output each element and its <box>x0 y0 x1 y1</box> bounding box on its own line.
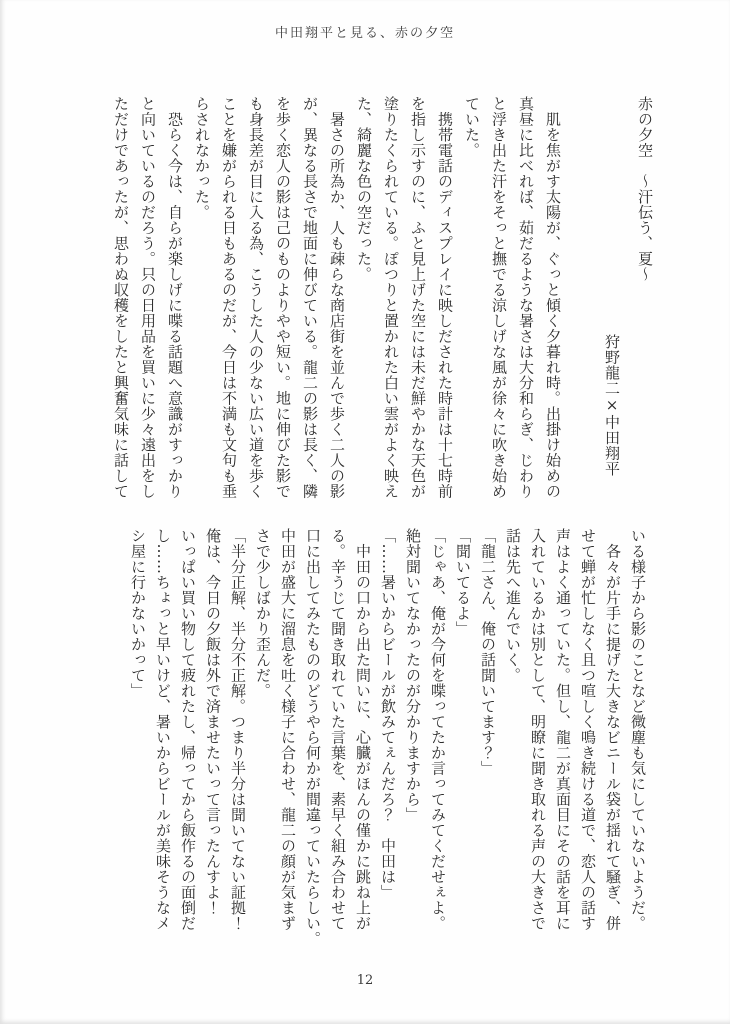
text-column: 「聞いてるよ」 <box>450 528 475 956</box>
text-column: せて蝉が忙しなく且つ喧しく鳴き続ける道で、恋人の話す <box>575 528 600 956</box>
text-column: る。辛うじて聞き取れていた言葉を、素早く組み合わせて <box>325 528 350 956</box>
text-column: ただけであったが、思わぬ収穫をしたと興奮気味に話して <box>107 96 134 510</box>
text-column: 中田の口から出た問いに、心臓がほんの僅かに跳ね上が <box>350 528 375 956</box>
text-column: を歩く恋人の影は己のものよりやや短い。地に伸びた影で <box>269 96 296 510</box>
text-column: ていた。 <box>458 96 485 510</box>
text-column: た、綺麗な色の空だった。 <box>350 96 377 510</box>
text-column: 暑さの所為か、人も疎らな商店街を並んで歩く二人の影 <box>323 96 350 510</box>
text-column: らされなかった。 <box>188 96 215 510</box>
text-column: が、異なる長さで地面に伸びている。龍二の影は長く、隣 <box>296 96 323 510</box>
text-column: 俺は、今日の夕飯は外で済ませたいって言ったんすよ！ <box>200 528 225 956</box>
text-column: を指し示すのに、ふと見上げた空には未だ鮮やかな天色が <box>404 96 431 510</box>
text-column: 口に出してみたもののどうやら何かが間違っていたらしい。 <box>300 528 325 956</box>
text-column: 「……暑いからビールが飲みてぇんだろ？ 中田は」 <box>375 528 400 956</box>
running-header: 中田翔平と見る、赤の夕空 <box>0 22 730 41</box>
text-column: いっぱい買い物して疲れたし、帰ってから飯作るの面倒だ <box>175 528 200 956</box>
text-column: も身長差が目に入る為、こうした人の少ない広い道を歩く <box>242 96 269 510</box>
top-text-band: 赤の夕空 ～汗伝う、夏～ 狩野龍二×中田翔平 肌を焦がす太陽が、ぐっと傾く夕暮れ… <box>107 96 658 510</box>
text-column: 各々が片手に提げた大きなビニール袋が揺れて騒ぎ、併 <box>600 528 625 956</box>
page-number: 12 <box>0 973 730 988</box>
text-column: 「じゃあ、俺が今何を喋ってたか言ってみてくだせぇよ。 <box>425 528 450 956</box>
text-column: さで少しばかり歪んだ。 <box>250 528 275 956</box>
text-column: 真昼に比べれば、茹だるような暑さは大分和らぎ、じわり <box>512 96 539 510</box>
text-column: 塗りたくられている。ぽつりと置かれた白い雲がよく映え <box>377 96 404 510</box>
text-column: と浮き出た汗をそっと撫でる涼しげな風が徐々に吹き始め <box>485 96 512 510</box>
text-column: 携帯電話のディスプレイに映しだされた時計は十七時前 <box>431 96 458 510</box>
text-column: 「龍二さん、俺の話聞いてます？」 <box>475 528 500 956</box>
text-column: 恐らく今は、自らが楽しげに喋る話題へ意識がすっかり <box>161 96 188 510</box>
text-column: ことを嫌がられる日もあるのだが、今日は不満も文句も垂 <box>215 96 242 510</box>
text-column: と向いているのだろう。只の日用品を買いに少々遠出をし <box>134 96 161 510</box>
text-column: 話は先へ進んでいく。 <box>500 528 525 956</box>
text-column: いる様子から影のことなど微塵も気にしていないようだ。 <box>625 528 650 956</box>
text-column: 肌を焦がす太陽が、ぐっと傾く夕暮れ時。出掛け始めの <box>539 96 566 510</box>
bottom-text-band: いる様子から影のことなど微塵も気にしていないようだ。 各々が片手に提げた大きなビ… <box>125 528 650 956</box>
story-title: 赤の夕空 ～汗伝う、夏～ <box>631 96 658 510</box>
text-column: 中田が盛大に溜息を吐く様子に合わせ、龍二の顔が気まず <box>275 528 300 956</box>
text-column: 声はよく通っていた。但し、龍二が真面目にその話を耳に <box>550 528 575 956</box>
text-column: 絶対聞いてなかったのが分かりますから」 <box>400 528 425 956</box>
document-page: 中田翔平と見る、赤の夕空 赤の夕空 ～汗伝う、夏～ 狩野龍二×中田翔平 肌を焦が… <box>0 0 730 1024</box>
text-column: し……ちょっと早いけど、暑いからビールが美味そうなメ <box>150 528 175 956</box>
text-column: 「半分正解、半分不正解。つまり半分は聞いてない証拠！ <box>225 528 250 956</box>
text-column: 入れているかは別として、明瞭に聞き取れる声の大きさで <box>525 528 550 956</box>
text-column: シ屋に行かないかって」 <box>125 528 150 956</box>
